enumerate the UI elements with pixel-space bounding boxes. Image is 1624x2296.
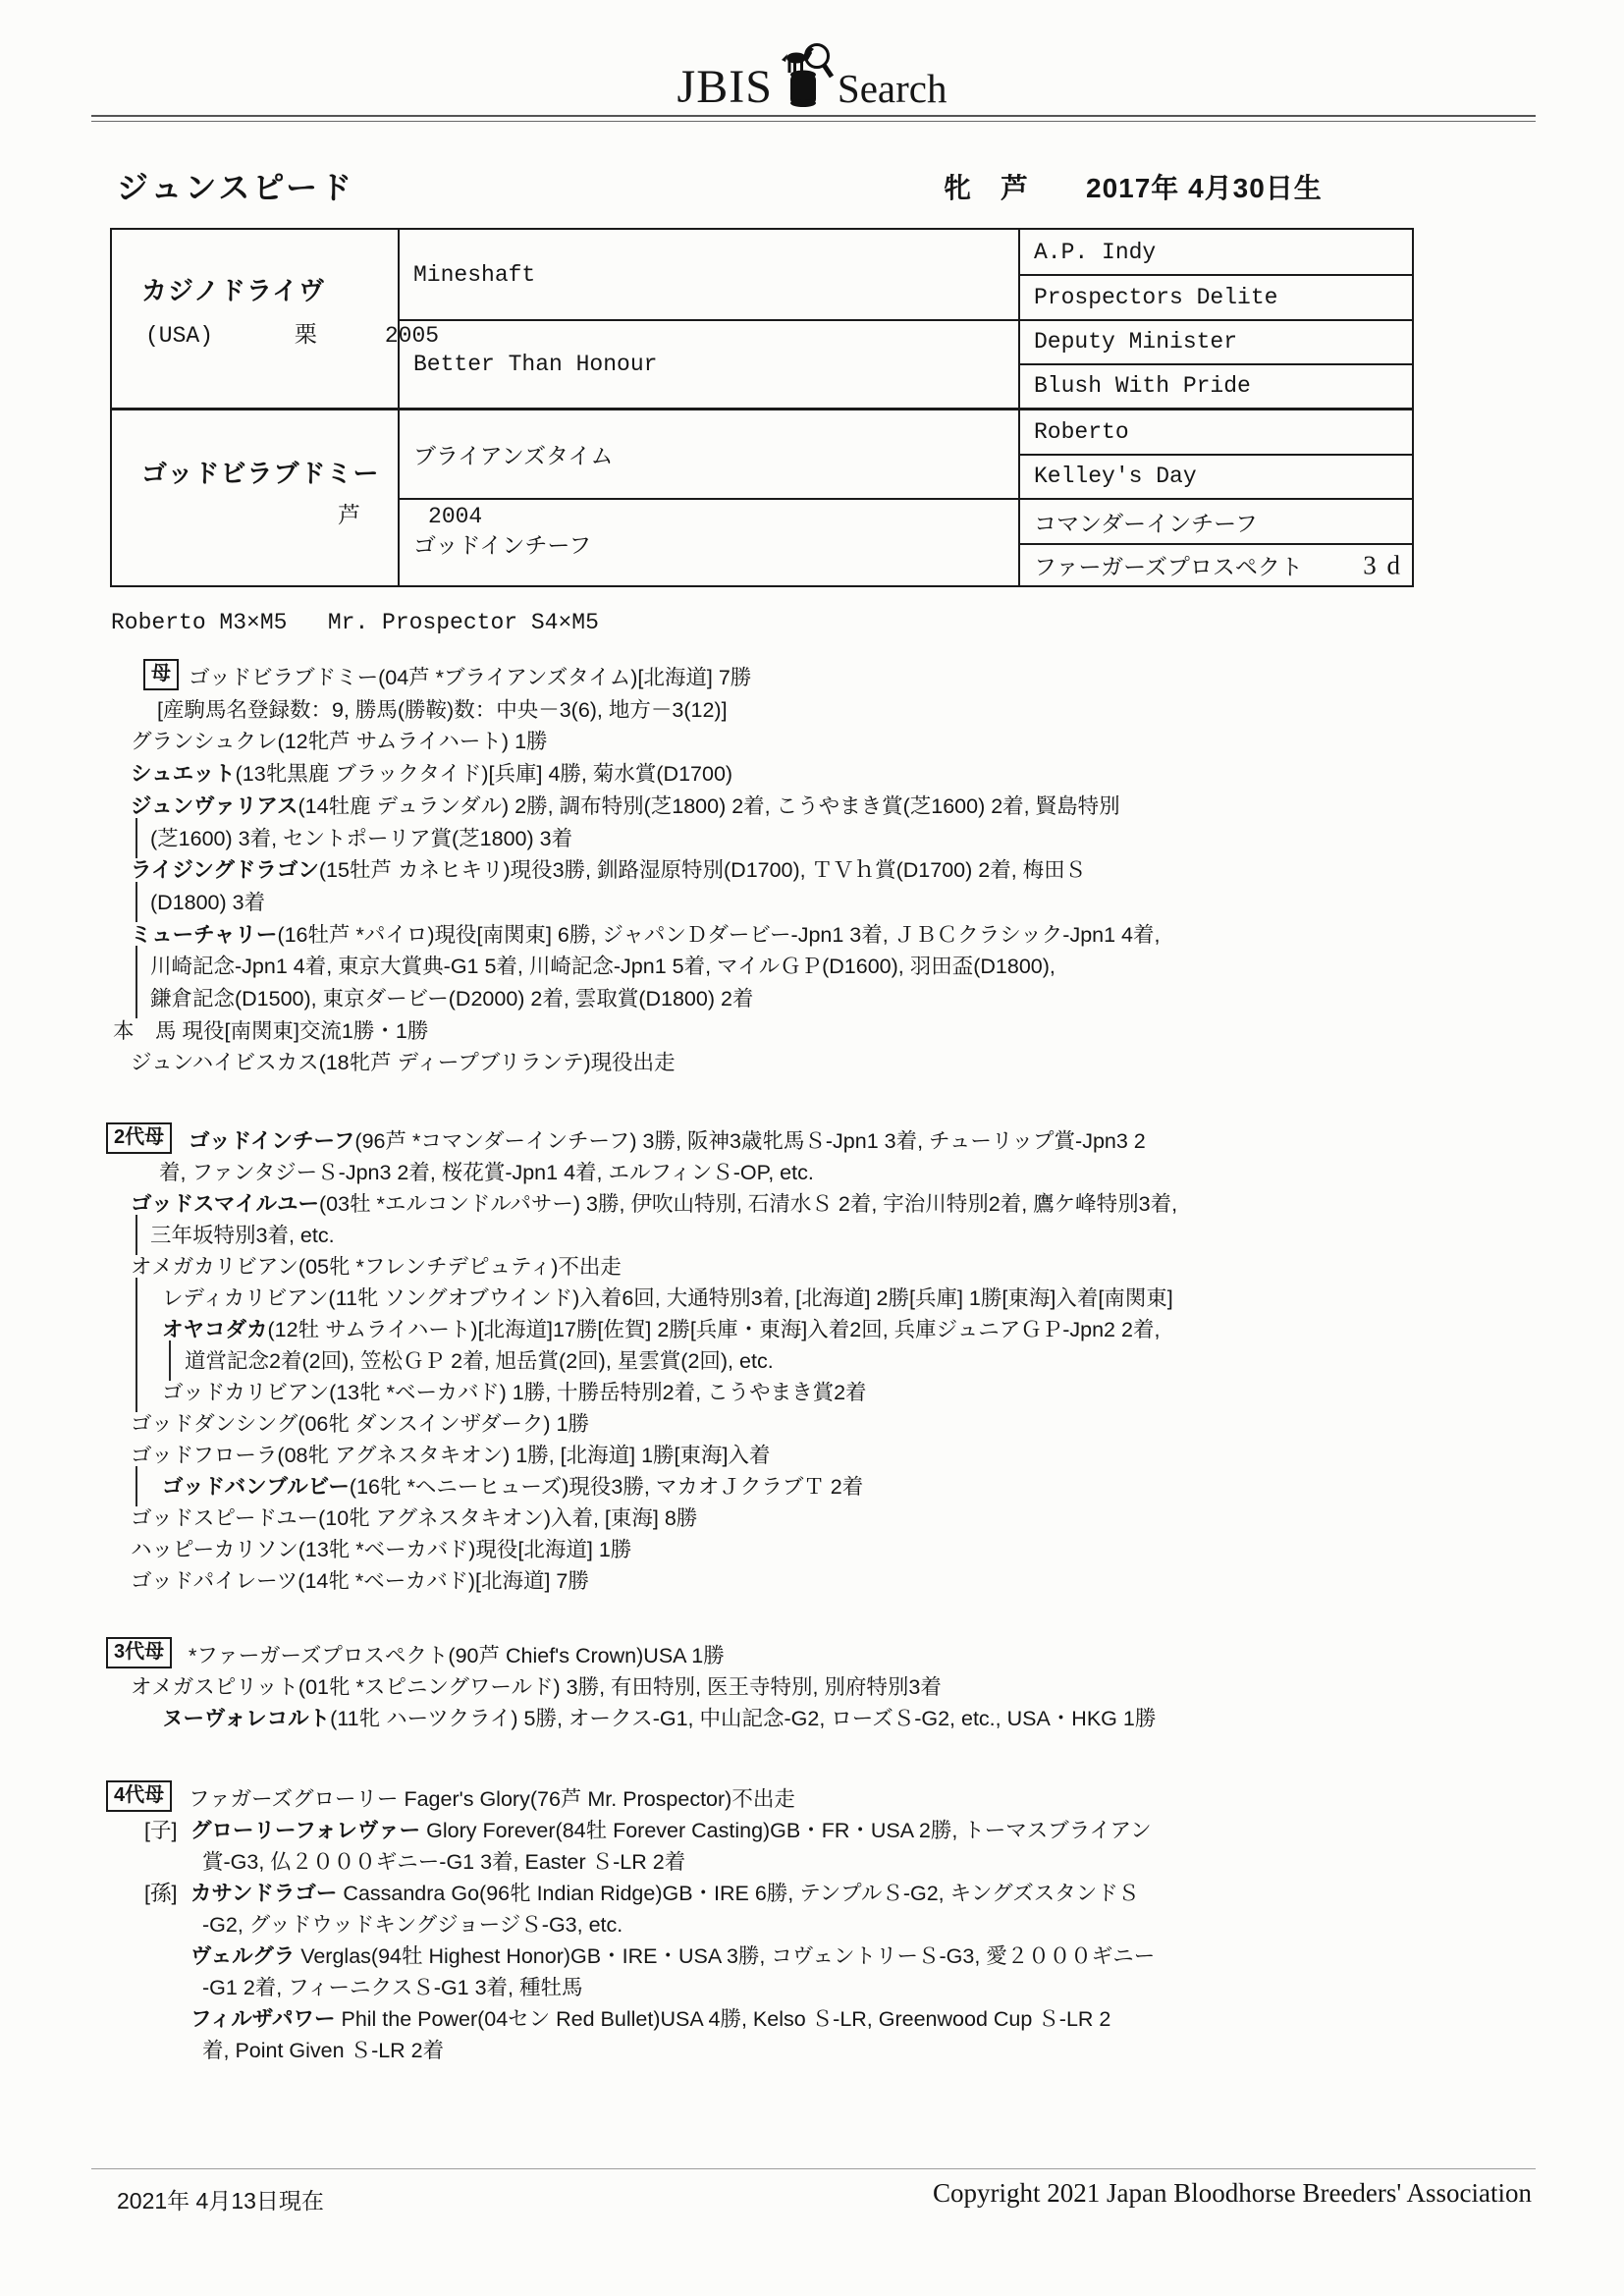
pedigree-page: JBIS Search ジュンスピード 牝 芦 2017年 4月30日生 [0, 0, 1624, 2296]
line-text: 道営記念2着(2回), 笠松ＧＰ 2着, 旭岳賞(2回), 星雲賞(2回), e… [185, 1347, 774, 1376]
pedigree-table: カジノドライヴ (USA) 栗 2005 ゴッドビラブドミー 芦 2004 Mi… [110, 228, 1414, 587]
line-text: (芝1600) 3着, セントポーリア賞(芝1800) 3着 [150, 825, 572, 853]
horse-name-bold: グローリーフォレヴァー [190, 1819, 420, 1842]
horse-name-bold: ヌーヴォレコルト [162, 1707, 330, 1730]
line-text: ゴッドインチーフ(96芦 *コマンダーインチーフ) 3勝, 阪神3歳牝馬Ｓ-Jp… [189, 1127, 1146, 1156]
pedigree-line: グランシュクレ(12牝芦 サムライハート) 1勝 [0, 728, 1624, 760]
pedigree-line: 道営記念2着(2回), 笠松ＧＰ 2着, 旭岳賞(2回), 星雲賞(2回), e… [0, 1347, 1624, 1380]
relation-tag: [子] [144, 1817, 190, 1845]
line-text: フィルザパワー Phil the Power(04セン Red Bullet)U… [190, 2005, 1110, 2034]
pedigree-line: 川崎記念-Jpn1 4着, 東京大賞典-G1 5着, 川崎記念-Jpn1 5着,… [0, 953, 1624, 985]
gen3-cell: A.P. Indy [1020, 230, 1412, 274]
pedigree-line: ゴッドスマイルユー(03牡 *エルコンドルパサー) 3勝, 伊吹山特別, 石清水… [0, 1190, 1624, 1223]
header-divider [91, 115, 1536, 122]
pedigree-line: ゴッドフローラ(08牝 アグネスタキオン) 1勝, [北海道] 1勝[東海]入着 [0, 1442, 1624, 1474]
line-text: ハッピーカリソン(13牝 *ベーカバド)現役[北海道] 1勝 [131, 1536, 631, 1564]
line-text: [子]グローリーフォレヴァー Glory Forever(84牡 Forever… [144, 1817, 1152, 1845]
tree-bar [135, 818, 137, 858]
jbis-logo-text: JBIS [677, 66, 773, 108]
pedigree-line: ゴッドダンシング(06牝 ダンスインザダーク) 1勝 [0, 1410, 1624, 1443]
horse-sex-coat-birth: 牝 芦 2017年 4月30日生 [944, 167, 1323, 206]
pedigree-line: ハッピーカリソン(13牝 *ベーカバド)現役[北海道] 1勝 [0, 1536, 1624, 1568]
pedigree-line: 三年坂特別3着, etc. [0, 1222, 1624, 1254]
line-text: [産駒馬名登録数：9, 勝馬(勝鞍)数：中央－3(6), 地方－3(12)] [157, 696, 728, 725]
relation-tag: [孫] [144, 1880, 190, 1908]
horse-name-bold: ゴッドインチーフ [189, 1129, 354, 1153]
pedigree-line: フィルザパワー Phil the Power(04セン Red Bullet)U… [0, 2005, 1624, 2038]
line-text: -G2, グッドウッドキングジョージＳ-G3, etc. [202, 1911, 623, 1940]
horse-name-bold: ヴェルグラ [190, 1944, 295, 1968]
footer-date: 2021年 4月13日現在 [117, 2183, 324, 2215]
line-text: シュエット(13牝黒鹿 ブラックタイド)[兵庫] 4勝, 菊水賞(D1700) [131, 760, 732, 789]
gen3-cell: Prospectors Delite [1020, 275, 1412, 319]
line-text: ライジングドラゴン(15牡芦 カネヒキリ)現役3勝, 釧路湿原特別(D1700)… [131, 856, 1086, 885]
line-text: ゴッドスマイルユー(03牡 *エルコンドルパサー) 3勝, 伊吹山特別, 石清水… [131, 1190, 1177, 1219]
pedigree-line: オメガスピリット(01牝 *スピニングワールド) 3勝, 有田特別, 医王寺特別… [0, 1673, 1624, 1706]
horse-name-title: ジュンスピード [117, 163, 354, 208]
pedigree-line: 着, ファンタジーＳ-Jpn3 2着, 桜花賞-Jpn1 4着, エルフィンＳ-… [0, 1159, 1624, 1191]
line-text: レディカリビアン(11牝 ソングオブウインド)入着6回, 大通特別3着, [北海… [162, 1285, 1173, 1313]
sire-dam-cell: Better Than Honour [400, 320, 1018, 408]
line-text: ジュンヴァリアス(14牡鹿 デュランダル) 2勝, 調布特別(芝1800) 2着… [131, 793, 1120, 821]
tree-bar [135, 978, 137, 1018]
pedigree-line: 鎌倉記念(D1500), 東京ダービー(D2000) 2着, 雲取賞(D1800… [0, 985, 1624, 1017]
line-text: 着, Point Given Ｓ-LR 2着 [202, 2037, 444, 2065]
gen3-cell: Deputy Minister [1020, 320, 1412, 363]
dam-name-cell: ゴッドビラブドミー [141, 454, 379, 490]
horse-name-bold: フィルザパワー [190, 2007, 336, 2031]
dam-sire-cell: ブライアンズタイム [400, 410, 1018, 498]
horse-name-bold: ジュンヴァリアス [131, 794, 298, 818]
pedigree-line: -G2, グッドウッドキングジョージＳ-G3, etc. [0, 1911, 1624, 1943]
line-text: グランシュクレ(12牝芦 サムライハート) 1勝 [131, 728, 548, 756]
horse-name-bold: ゴッドバンブルビー [162, 1475, 350, 1499]
pedigree-line: ファガーズグローリー Fager's Glory(76芦 Mr. Prospec… [0, 1785, 1624, 1818]
horse-name-bold: カサンドラゴー [190, 1882, 337, 1905]
line-text: ゴッドスピードユー(10牝 アグネスタキオン)入着, [東海] 8勝 [131, 1504, 697, 1533]
horse-name-bold: ゴッドスマイルユー [131, 1192, 319, 1216]
line-text: 着, ファンタジーＳ-Jpn3 2着, 桜花賞-Jpn1 4着, エルフィンＳ-… [159, 1159, 814, 1187]
line-text: ヌーヴォレコルト(11牝 ハーツクライ) 5勝, オークス-G1, 中山記念-G… [162, 1705, 1156, 1733]
gen3-cell: コマンダーインチーフ [1020, 500, 1412, 543]
pedigree-line: 賞-G3, 仏２０００ギニー-G1 3着, Easter Ｓ-LR 2着 [0, 1848, 1624, 1881]
tree-bar [135, 1372, 137, 1412]
footer-divider [91, 2168, 1536, 2169]
dam-dam-cell: ゴッドインチーフ [400, 500, 1018, 586]
pedigree-line: ゴッドビラブドミー(04芦 *ブライアンズタイム)[北海道] 7勝 [0, 664, 1624, 696]
jbis-logo: JBIS Search [0, 35, 1624, 108]
horse-name-bold: シュエット [131, 762, 236, 786]
sire-detail-cell: (USA) 栗 2005 [145, 316, 439, 349]
horse-name-bold: オヤコダカ [162, 1318, 268, 1341]
pedigree-line: ゴッドスピードユー(10牝 アグネスタキオン)入着, [東海] 8勝 [0, 1504, 1624, 1537]
line-text: ファガーズグローリー Fager's Glory(76芦 Mr. Prospec… [189, 1785, 795, 1814]
search-logo-text: Search [838, 71, 947, 108]
pedigree-line: ゴッドカリビアン(13牝 *ベーカバド) 1勝, 十勝岳特別2着, こうやまき賞… [0, 1379, 1624, 1411]
pedigree-line: (芝1600) 3着, セントポーリア賞(芝1800) 3着 [0, 825, 1624, 857]
tree-bar [135, 1466, 137, 1506]
pedigree-line: 本 馬 現役[南関東]交流1勝・1勝 [0, 1017, 1624, 1050]
line-text: 鎌倉記念(D1500), 東京ダービー(D2000) 2着, 雲取賞(D1800… [150, 985, 753, 1013]
pedigree-line: -G1 2着, フィーニクスＳ-G1 3着, 種牡馬 [0, 1974, 1624, 2006]
horse-name-bold: ミューチャリー [131, 923, 277, 947]
line-text: ゴッドダンシング(06牝 ダンスインザダーク) 1勝 [131, 1410, 589, 1439]
pedigree-line: ゴッドインチーフ(96芦 *コマンダーインチーフ) 3勝, 阪神3歳牝馬Ｓ-Jp… [0, 1127, 1624, 1160]
pedigree-line: [子]グローリーフォレヴァー Glory Forever(84牡 Forever… [0, 1817, 1624, 1849]
pedigree-line: 着, Point Given Ｓ-LR 2着 [0, 2037, 1624, 2069]
tree-bar [135, 882, 137, 922]
gen3-cell: Roberto [1020, 410, 1412, 454]
pedigree-line: ジュンハイビスカス(18牝芦 ディープブリランテ)現役出走 [0, 1049, 1624, 1081]
pedigree-line: *ファーガーズプロスペクト(90芦 Chief's Crown)USA 1勝 [0, 1642, 1624, 1674]
pedigree-line: (D1800) 3着 [0, 889, 1624, 921]
line-text: 三年坂特別3着, etc. [150, 1222, 335, 1250]
gen3-cell: Kelley's Day [1020, 455, 1412, 498]
page-ref: 3 d [1363, 550, 1402, 580]
pedigree-line: ジュンヴァリアス(14牡鹿 デュランダル) 2勝, 調布特別(芝1800) 2着… [0, 793, 1624, 825]
line-text: ゴッドビラブドミー(04芦 *ブライアンズタイム)[北海道] 7勝 [189, 664, 751, 692]
line-text: オメガスピリット(01牝 *スピニングワールド) 3勝, 有田特別, 医王寺特別… [131, 1673, 942, 1702]
tree-bar [169, 1340, 171, 1381]
sire-name-cell: カジノドライヴ [141, 271, 325, 307]
line-text: ゴッドカリビアン(13牝 *ベーカバド) 1勝, 十勝岳特別2着, こうやまき賞… [162, 1379, 867, 1407]
pedigree-line: オヤコダカ(12牡 サムライハート)[北海道]17勝[佐賀] 2勝[兵庫・東海]… [0, 1316, 1624, 1348]
gen3-cell: ファーガーズプロスペクト 3 d [1020, 544, 1412, 586]
pedigree-line: レディカリビアン(11牝 ソングオブウインド)入着6回, 大通特別3着, [北海… [0, 1285, 1624, 1317]
gen3-name: ファーガーズプロスペクト [1034, 549, 1303, 581]
inbreeding-note: Roberto M3×M5 Mr. Prospector S4×M5 [111, 610, 599, 635]
line-text: 川崎記念-Jpn1 4着, 東京大賞典-G1 5着, 川崎記念-Jpn1 5着,… [150, 953, 1056, 981]
line-text: (D1800) 3着 [150, 889, 265, 917]
sire-sire-cell: Mineshaft [400, 230, 1018, 319]
pedigree-line: ヴェルグラ Verglas(94牡 Highest Honor)GB・IRE・U… [0, 1942, 1624, 1975]
footer-copyright: Copyright 2021 Japan Bloodhorse Breeders… [933, 2178, 1532, 2209]
pedigree-line: [産駒馬名登録数：9, 勝馬(勝鞍)数：中央－3(6), 地方－3(12)] [0, 696, 1624, 729]
pedigree-line: ミューチャリー(16牡芦 *パイロ)現役[南関東] 6勝, ジャパンＤダービー-… [0, 921, 1624, 954]
line-text: 本 馬 現役[南関東]交流1勝・1勝 [113, 1017, 428, 1046]
horse-name-bold: ライジングドラゴン [131, 858, 319, 882]
pedigree-line: ライジングドラゴン(15牡芦 カネヒキリ)現役3勝, 釧路湿原特別(D1700)… [0, 856, 1624, 889]
line-text: [孫]カサンドラゴー Cassandra Go(96牝 Indian Ridge… [144, 1880, 1139, 1908]
line-text: ゴッドバンブルビー(16牝 *ヘニーヒューズ)現役3勝, マカオＪクラブＴ 2着 [162, 1473, 863, 1502]
line-text: ジュンハイビスカス(18牝芦 ディープブリランテ)現役出走 [131, 1049, 676, 1077]
line-text: 賞-G3, 仏２０００ギニー-G1 3着, Easter Ｓ-LR 2着 [202, 1848, 685, 1877]
pedigree-line: シュエット(13牝黒鹿 ブラックタイド)[兵庫] 4勝, 菊水賞(D1700) [0, 760, 1624, 793]
line-text: ミューチャリー(16牡芦 *パイロ)現役[南関東] 6勝, ジャパンＤダービー-… [131, 921, 1160, 950]
pedigree-line: オメガカリビアン(05牝 *フレンチデピュティ)不出走 [0, 1253, 1624, 1285]
line-text: ゴッドフローラ(08牝 アグネスタキオン) 1勝, [北海道] 1勝[東海]入着 [131, 1442, 770, 1470]
pedigree-line: ゴッドバンブルビー(16牝 *ヘニーヒューズ)現役3勝, マカオＪクラブＴ 2着 [0, 1473, 1624, 1505]
pedigree-line: [孫]カサンドラゴー Cassandra Go(96牝 Indian Ridge… [0, 1880, 1624, 1912]
line-text: オメガカリビアン(05牝 *フレンチデピュティ)不出走 [131, 1253, 622, 1282]
tree-bar [135, 1215, 137, 1255]
line-text: ヴェルグラ Verglas(94牡 Highest Honor)GB・IRE・U… [190, 1942, 1155, 1971]
horse-magnifier-icon [776, 41, 835, 108]
pedigree-line: ゴッドパイレーツ(14牝 *ベーカバド)[北海道] 7勝 [0, 1567, 1624, 1600]
pedigree-line: ヌーヴォレコルト(11牝 ハーツクライ) 5勝, オークス-G1, 中山記念-G… [0, 1705, 1624, 1737]
line-text: *ファーガーズプロスペクト(90芦 Chief's Crown)USA 1勝 [189, 1642, 725, 1670]
gen3-cell: Blush With Pride [1020, 364, 1412, 408]
line-text: -G1 2着, フィーニクスＳ-G1 3着, 種牡馬 [202, 1974, 583, 2002]
line-text: オヤコダカ(12牡 サムライハート)[北海道]17勝[佐賀] 2勝[兵庫・東海]… [162, 1316, 1160, 1344]
line-text: ゴッドパイレーツ(14牝 *ベーカバド)[北海道] 7勝 [131, 1567, 589, 1596]
